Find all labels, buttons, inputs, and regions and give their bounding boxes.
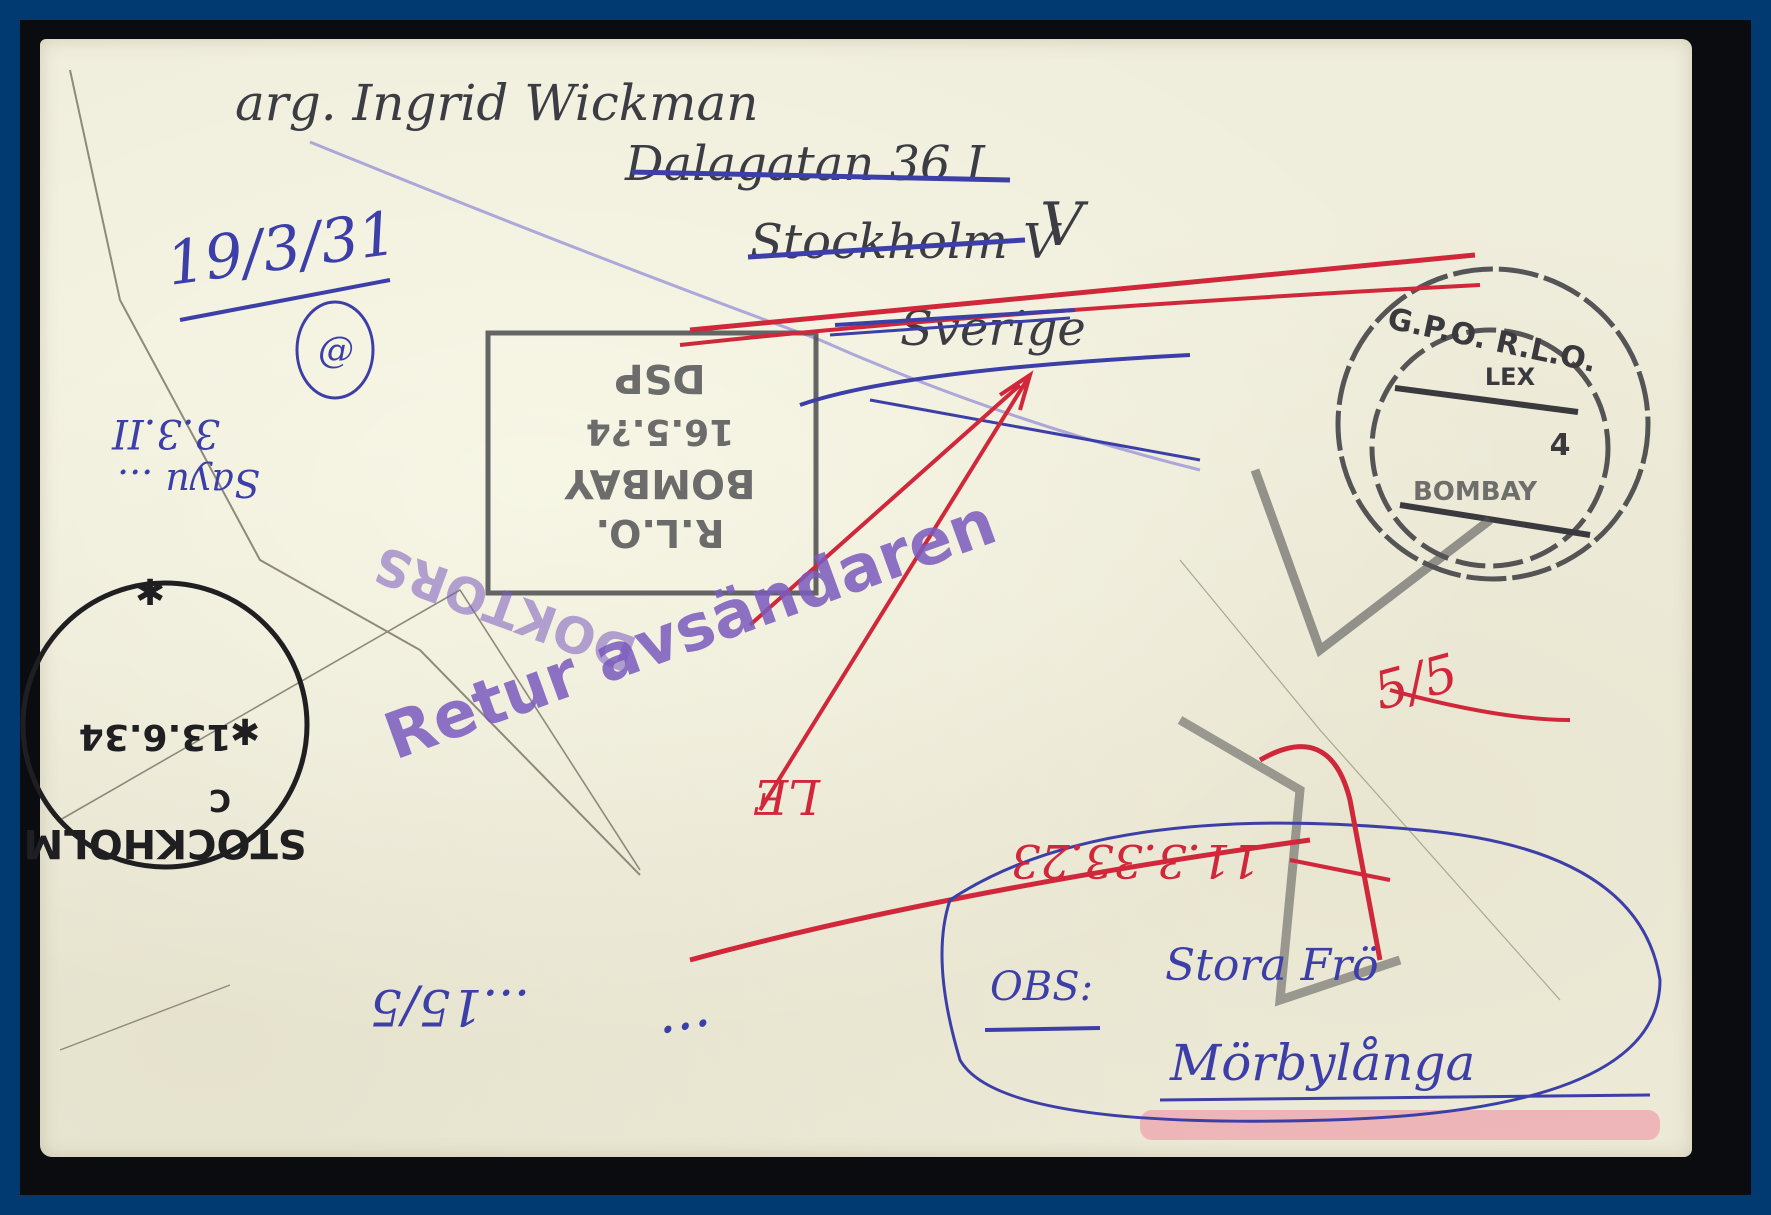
red-note-right: 5/5 [1368, 643, 1464, 723]
red-pen-notes: 11.3.33.23 5/5 LE [0, 0, 1771, 1215]
red-numbers-note: 11.3.33.23 [1011, 834, 1260, 888]
red-note-mid: LE [753, 768, 821, 824]
